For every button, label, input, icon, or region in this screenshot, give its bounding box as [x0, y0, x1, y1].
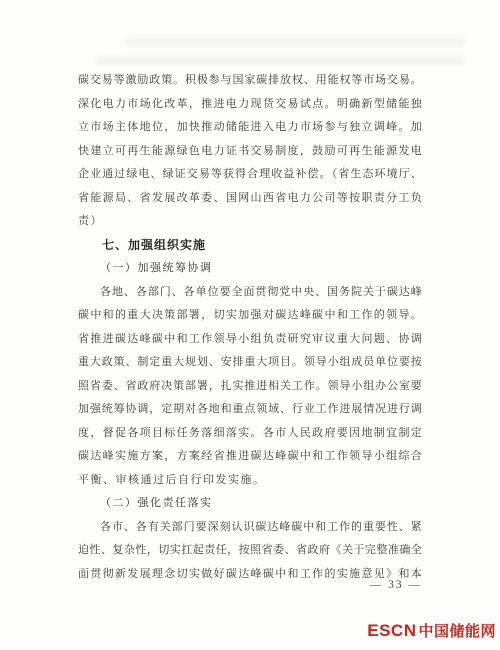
text-line: 责） [78, 210, 422, 234]
text-line: 加强统筹协调，定期对各地和重点领域、行业工作进展情况进行调 [78, 398, 422, 422]
text-line: 企业通过绿电、绿证交易等获得合理收益补偿。（省生态环境厅、 [78, 163, 422, 187]
text-line: 深化电力市场化改革，推进电力现货交易试点。明确新型储能独 [78, 93, 422, 117]
scan-bleed-artifact [95, 56, 465, 65]
text-line: （一）加强统筹协调 [78, 257, 422, 281]
text-line: 省能源局、省发展改革委、国网山西省电力公司等按职责分工负 [78, 187, 422, 211]
scan-bleed-artifact [125, 38, 465, 47]
text-line: 重大政策、制定重大规划、安排重大项目。领导小组成员单位要按 [78, 351, 422, 375]
document-page: 碳交易等激励政策。积极参与国家碳排放权、用能权等市场交易。深化电力市场化改革，推… [0, 0, 500, 650]
text-line: 度，督促各项目标任务落细落实。各市人民政府要因地制宜制定 [78, 422, 422, 446]
text-line: 平衡、审核通过后自行印发实施。 [78, 469, 422, 493]
text-line: 省推进碳达峰碳中和工作领导小组负责研究审议重大问题、协调 [78, 328, 422, 352]
text-line: 七、加强组织实施 [78, 234, 422, 258]
text-line: 照省委、省政府决策部署，扎实推进相关工作。领导小组办公室要 [78, 375, 422, 399]
text-line: 迫性、复杂性，切实扛起责任，按照省委、省政府《关于完整准确全 [78, 539, 422, 563]
escn-logo-latin-text: ESCN [367, 621, 416, 640]
text-line: 碳交易等激励政策。积极参与国家碳排放权、用能权等市场交易。 [78, 69, 422, 93]
text-line: 各市、各有关部门要深刻认识碳达峰碳中和工作的重要性、紧 [78, 516, 422, 540]
escn-logo-chinese-text: 中国储能网 [418, 623, 496, 640]
page-number: — 33 — [78, 579, 422, 591]
text-line: 快建立可再生能源绿色电力证书交易制度，鼓励可再生能源发电 [78, 140, 422, 164]
escn-watermark-logo: ESCN中国储能网 [367, 620, 496, 641]
text-line: 碳达峰实施方案，方案经省推进碳达峰碳中和工作领导小组综合 [78, 445, 422, 469]
text-line: （二）强化责任落实 [78, 492, 422, 516]
text-line: 立市场主体地位，加快推动储能进入电力市场参与独立调峰。加 [78, 116, 422, 140]
text-line: 各地、各部门、各单位要全面贯彻党中央、国务院关于碳达峰 [78, 281, 422, 305]
document-body: 碳交易等激励政策。积极参与国家碳排放权、用能权等市场交易。深化电力市场化改革，推… [78, 69, 422, 586]
text-line: 碳中和的重大决策部署，切实加强对碳达峰碳中和工作的领导。 [78, 304, 422, 328]
